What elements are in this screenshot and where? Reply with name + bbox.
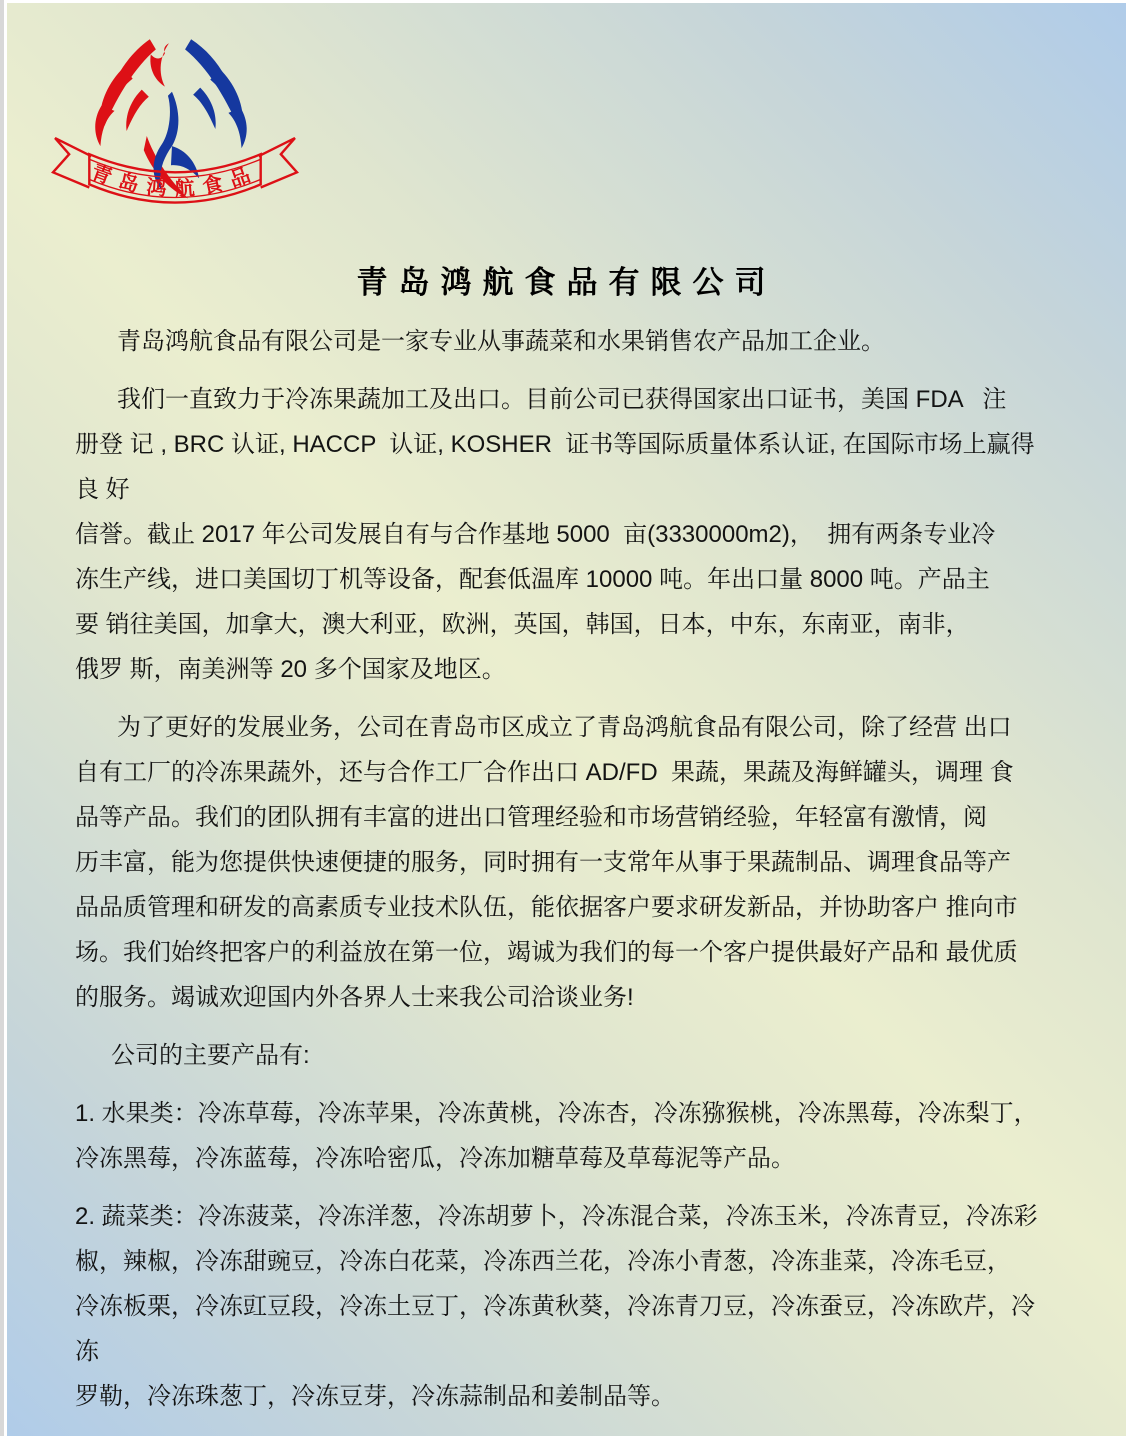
phoenix-logo-icon: 青岛鸿航食品: [49, 37, 301, 225]
text-line: 自有工厂的冷冻果蔬外，还与合作工厂合作出口 AD/FD 果蔬，果蔬及海鲜罐头，调…: [75, 750, 1044, 795]
text-line: 历丰富，能为您提供快速便捷的服务，同时拥有一支常年从事于果蔬制品、调理食品等产: [75, 840, 1044, 885]
text-line: 冷冻黑莓，冷冻蓝莓，冷冻哈密瓜，冷冻加糖草莓及草莓泥等产品。: [75, 1136, 1044, 1181]
text-line: 椒，辣椒，冷冻甜豌豆，冷冻白花菜，冷冻西兰花，冷冻小青葱，冷冻韭菜，冷冻毛豆，: [75, 1239, 1044, 1284]
banner-text: 青岛鸿航食品: [88, 160, 262, 202]
text-line: 的服务。竭诚欢迎国内外各界人士来我公司洽谈业务!: [75, 975, 1044, 1020]
text-line: 场。我们始终把客户的利益放在第一位，竭诚为我们的每一个客户提供最好产品和 最优质: [75, 930, 1044, 975]
text-line: 我们一直致力于冷冻果蔬加工及出口。目前公司已获得国家出口证书，美国 FDA 注: [75, 377, 1044, 422]
blue-wing-icon: [154, 39, 247, 190]
text-line: 罗勒，冷冻珠葱丁，冷冻豆芽，冷冻蒜制品和姜制品等。: [75, 1374, 1044, 1419]
text-line: 信誉。截止 2017 年公司发展自有与合作基地 5000 亩(3330000m2…: [75, 512, 1044, 557]
text-line: 1. 水果类：冷冻草莓，冷冻苹果，冷冻黄桃，冷冻杏，冷冻猕猴桃，冷冻黑莓，冷冻梨…: [75, 1091, 1044, 1136]
intro-paragraph: 青岛鸿航食品有限公司是一家专业从事蔬菜和水果销售农产品加工企业。: [75, 319, 1044, 364]
text-line: 俄罗 斯，南美洲等 20 多个国家及地区。: [75, 647, 1044, 692]
text-line: 2. 蔬菜类：冷冻菠菜，冷冻洋葱，冷冻胡萝卜，冷冻混合菜，冷冻玉米，冷冻青豆，冷…: [75, 1194, 1044, 1239]
text-line: 品等产品。我们的团队拥有丰富的进出口管理经验和市场营销经验，年轻富有激情，阅: [75, 795, 1044, 840]
document-page: 青岛鸿航食品 青岛鸿航食品有限公司 青岛鸿航食品有限公司是一家专业从事蔬菜和水果…: [4, 0, 1126, 1436]
company-overview-paragraph: 我们一直致力于冷冻果蔬加工及出口。目前公司已获得国家出口证书，美国 FDA 注 …: [75, 377, 1044, 692]
text-line: 冷冻板栗，冷冻豇豆段，冷冻土豆丁，冷冻黄秋葵，冷冻青刀豆，冷冻蚕豆，冷冻欧芹，冷…: [75, 1284, 1044, 1374]
products-heading: 公司的主要产品有:: [75, 1033, 1044, 1078]
vegetable-products-list: 2. 蔬菜类：冷冻菠菜，冷冻洋葱，冷冻胡萝卜，冷冻混合菜，冷冻玉米，冷冻青豆，冷…: [75, 1194, 1044, 1419]
document-body: 青岛鸿航食品有限公司是一家专业从事蔬菜和水果销售农产品加工企业。 我们一直致力于…: [7, 319, 1126, 1432]
text-line: 冻生产线，进口美国切丁机等设备，配套低温库 10000 吨。年出口量 8000 …: [75, 557, 1044, 602]
text-line: 品品质管理和研发的高素质专业技术队伍，能依据客户要求研发新品，并协助客户 推向市: [75, 885, 1044, 930]
text-line: 要 销往美国，加拿大，澳大利亚，欧洲，英国，韩国，日本，中东，东南亚，南非，: [75, 602, 1044, 647]
text-line: 青岛鸿航食品有限公司是一家专业从事蔬菜和水果销售农产品加工企业。: [75, 319, 1044, 364]
text-line: 为了更好的发展业务，公司在青岛市区成立了青岛鸿航食品有限公司，除了经营 出口: [75, 705, 1044, 750]
fruit-products-list: 1. 水果类：冷冻草莓，冷冻苹果，冷冻黄桃，冷冻杏，冷冻猕猴桃，冷冻黑莓，冷冻梨…: [75, 1091, 1044, 1181]
page-title: 青岛鸿航食品有限公司: [7, 257, 1126, 302]
text-line: 册登 记 , BRC 认证, HACCP 认证, KOSHER 证书等国际质量体…: [75, 422, 1044, 512]
company-logo: 青岛鸿航食品: [49, 37, 301, 225]
business-development-paragraph: 为了更好的发展业务，公司在青岛市区成立了青岛鸿航食品有限公司，除了经营 出口 自…: [75, 705, 1044, 1020]
